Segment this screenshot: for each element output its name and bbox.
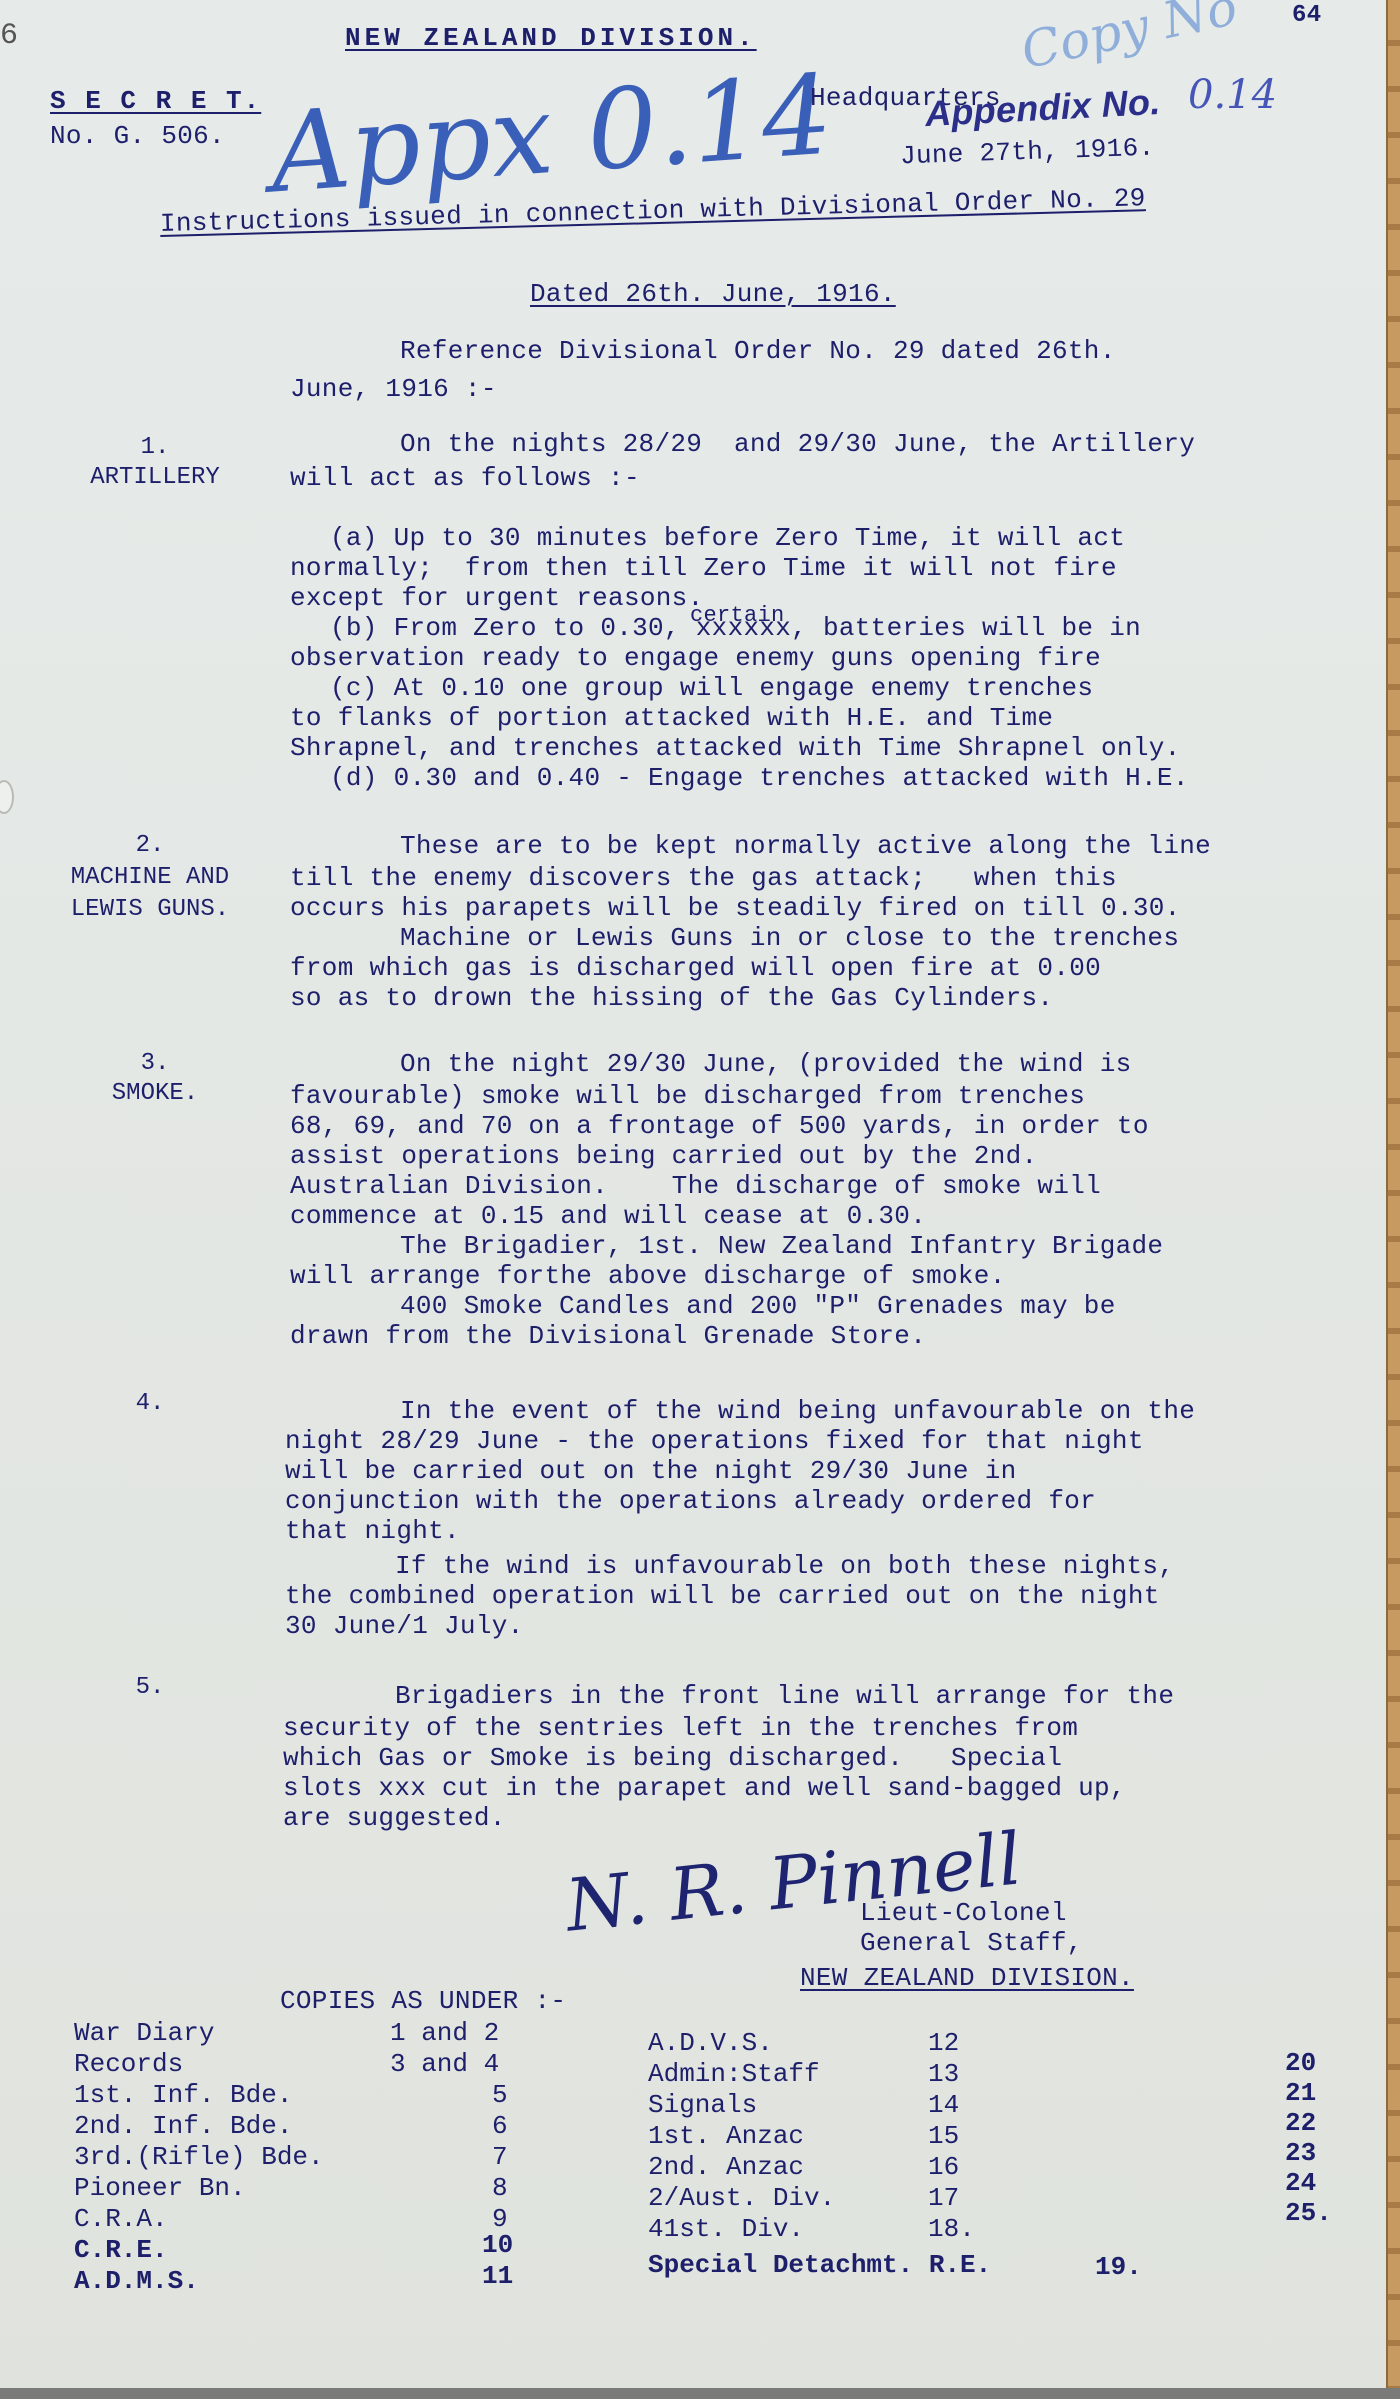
recipient: A.D.V.S. [648,2028,773,2059]
copy-number: 13 [928,2059,959,2090]
paragraph-line: slots xxx cut in the parapet and well sa… [283,1772,1126,1804]
copy-number: 15 [928,2121,959,2152]
copy-number: 20 [1285,2048,1316,2079]
recipient: 2nd. Anzac [648,2152,804,2183]
paragraph-line: drawn from the Divisional Grenade Store. [290,1320,926,1352]
copy-number: 8 [492,2173,508,2204]
paragraph-line: observation ready to engage enemy guns o… [290,642,1101,674]
recipient: 3rd.(Rifle) Bde. [74,2142,324,2173]
paragraph-line: that night. [285,1515,460,1547]
copy-number: 12 [928,2028,959,2059]
paragraph-line: 400 Smoke Candles and 200 "P" Grenades m… [400,1290,1116,1322]
document-date: June 27th, 1916. [900,132,1155,173]
copy-number: 22 [1285,2108,1316,2139]
copy-number: 5 [492,2080,508,2111]
paragraph-line: normally; from then till Zero Time it wi… [290,552,1117,584]
paragraph-line: from which gas is discharged will open f… [290,952,1101,984]
recipient: Records [74,2049,183,2080]
section-number: 2. [20,830,280,862]
paragraph-line: will act as follows :- [290,462,640,494]
copy-number: 64 [1292,0,1321,32]
reference-number: No. G. 506. [50,120,225,152]
paragraph-line: (b) From Zero to 0.30, xxxxxx, batteries… [330,612,1141,644]
copy-number: 1 and 2 [390,2018,499,2049]
copy-number: 10 [482,2230,513,2261]
paragraph-line: will be carried out on the night 29/30 J… [285,1455,1017,1487]
copy-number: 23 [1285,2138,1316,2169]
paragraph-line: The Brigadier, 1st. New Zealand Infantry… [400,1230,1163,1262]
paragraph-line: On the night 29/30 June, (provided the w… [400,1048,1132,1080]
copy-number: 25. [1285,2198,1332,2229]
recipient: A.D.M.S. [74,2266,199,2297]
recipient: 1st. Inf. Bde. [74,2080,292,2111]
copy-number: 16 [928,2152,959,2183]
document-page: 6 NEW ZEALAND DIVISION. Copy No 64 S E C… [0,0,1388,2388]
bottom-edge [0,2388,1400,2399]
reference-line-2: June, 1916 :- [290,373,497,405]
paragraph-line: commence at 0.15 and will cease at 0.30. [290,1200,926,1232]
copy-number: 17 [928,2183,959,2214]
section-number: 3. [50,1048,260,1080]
distribution-heading: COPIES AS UNDER :- [280,1985,566,2017]
signatory-rank: Lieut-Colonel [860,1897,1067,1929]
secret-classification: S E C R E T. [50,85,261,117]
copy-number: 6 [492,2111,508,2142]
paragraph-line: Machine or Lewis Guns in or close to the… [400,922,1179,954]
recipient: Admin:Staff [648,2059,820,2090]
paragraph-line: which Gas or Smoke is being discharged. … [283,1742,1062,1774]
copy-number: 3 and 4 [390,2049,499,2080]
recipient: C.R.E. [74,2235,168,2266]
recipient: 41st. Div. [648,2214,804,2245]
reference-line-1: Reference Divisional Order No. 29 dated … [400,335,1116,367]
paragraph-line: will arrange forthe above discharge of s… [290,1260,1006,1292]
copy-number: 21 [1285,2078,1316,2109]
paragraph-line: (a) Up to 30 minutes before Zero Time, i… [330,522,1125,554]
appendix-stamp: Appendix No. [924,86,1161,130]
copy-number: 11 [482,2261,513,2292]
paragraph-line: On the nights 28/29 and 29/30 June, the … [400,428,1195,460]
punch-hole [0,780,14,814]
paragraph-line: 68, 69, and 70 on a frontage of 500 yard… [290,1110,1149,1142]
copy-number: 19. [1095,2252,1142,2283]
paragraph-line: These are to be kept normally active alo… [400,830,1211,862]
recipient: War Diary [74,2018,214,2049]
paragraph-line: night 28/29 June - the operations fixed … [285,1425,1144,1457]
paragraph-line: assist operations being carried out by t… [290,1140,1037,1172]
paragraph-line: Shrapnel, and trenches attacked with Tim… [290,732,1181,764]
appendix-number-handwritten: 0.14 [1188,72,1277,118]
section-number: 5. [120,1672,180,1704]
margin-mark: 6 [0,20,18,52]
paragraph-line: occurs his parapets will be steadily fir… [290,892,1181,924]
signatory-role: General Staff, [860,1927,1083,1959]
recipient: C.R.A. [74,2204,168,2235]
paragraph-line: favourable) smoke will be discharged fro… [290,1080,1085,1112]
recipient: 2nd. Inf. Bde. [74,2111,292,2142]
paragraph-line: Australian Division. The discharge of sm… [290,1170,1101,1202]
signatory-unit: NEW ZEALAND DIVISION. [800,1962,1134,1994]
section-heading: MACHINE AND LEWIS GUNS. [20,862,280,926]
paragraph-line: the combined operation will be carried o… [285,1580,1160,1612]
wooden-background [1386,0,1400,2399]
copy-note-handwritten: Copy No [1016,0,1242,80]
section-heading: ARTILLERY [50,462,260,494]
recipient: Special Detachmt. R.E. [648,2250,991,2281]
copy-number: 24 [1285,2168,1316,2199]
paragraph-line: security of the sentries left in the tre… [283,1712,1078,1744]
recipient: Pioneer Bn. [74,2173,246,2204]
paragraph-line: Brigadiers in the front line will arrang… [395,1680,1174,1712]
paragraph-line: (d) 0.30 and 0.40 - Engage trenches atta… [330,762,1189,794]
paragraph-line: to flanks of portion attacked with H.E. … [290,702,1053,734]
section-heading: SMOKE. [50,1078,260,1110]
paragraph-line: so as to drown the hissing of the Gas Cy… [290,982,1053,1014]
recipient: Signals [648,2090,757,2121]
paragraph-line: In the event of the wind being unfavoura… [400,1395,1195,1427]
section-number: 4. [120,1388,180,1420]
recipient: 1st. Anzac [648,2121,804,2152]
paragraph-line: till the enemy discovers the gas attack;… [290,862,1117,894]
division-heading: NEW ZEALAND DIVISION. [345,22,757,54]
copy-number: 14 [928,2090,959,2121]
copy-number: 7 [492,2142,508,2173]
paragraph-line: conjunction with the operations already … [285,1485,1096,1517]
section-number: 1. [50,432,260,464]
paragraph-line: are suggested. [283,1802,506,1834]
copy-number: 18. [928,2214,975,2245]
recipient: 2/Aust. Div. [648,2183,835,2214]
paragraph-line: If the wind is unfavourable on both thes… [395,1550,1174,1582]
paragraph-line: except for urgent reasons. [290,582,703,614]
paragraph-line: 30 June/1 July. [285,1610,524,1642]
document-subtitle-date: Dated 26th. June, 1916. [530,278,896,310]
paragraph-line: (c) At 0.10 one group will engage enemy … [330,672,1093,704]
